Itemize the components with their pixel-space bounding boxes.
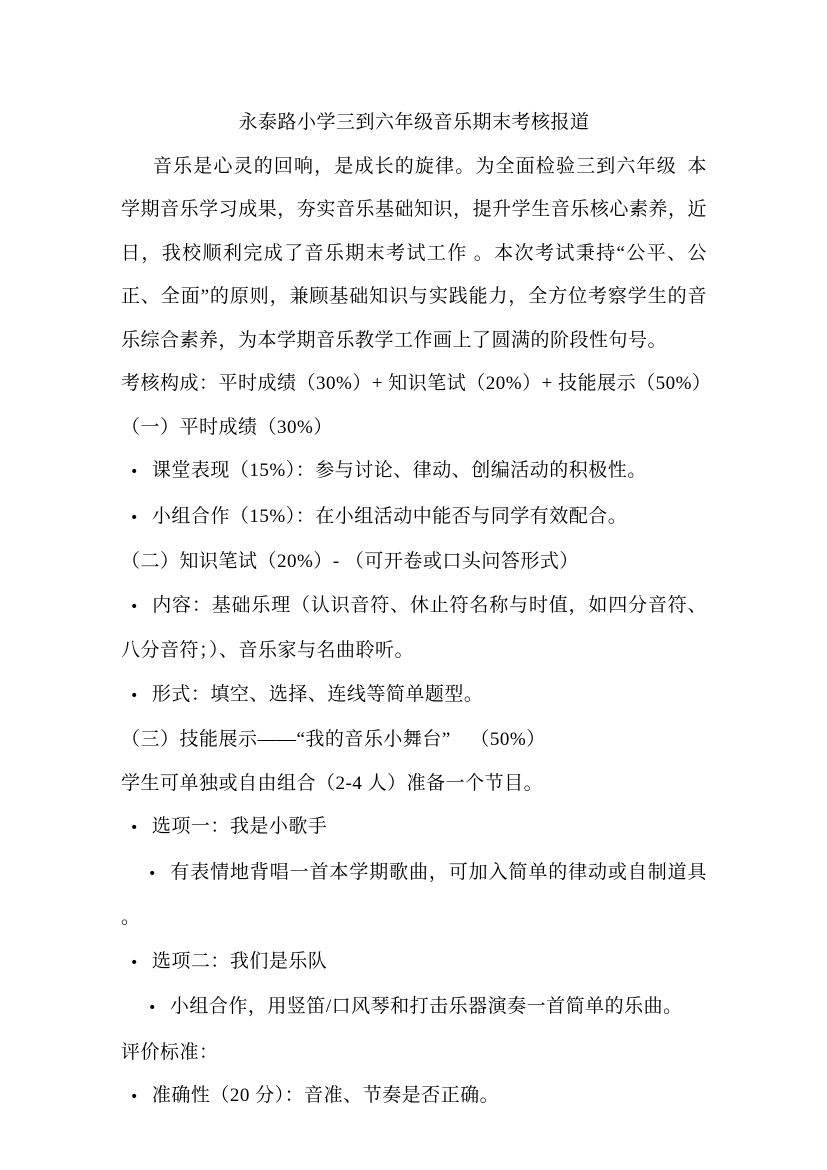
document-page: 永泰路小学三到六年级音乐期末考核报道 音乐是心灵的回响，是成长的旋律。为全面检验… bbox=[0, 0, 827, 1170]
bullet-item: •形式：填空、选择、连线等简单题型。 bbox=[121, 673, 707, 719]
paragraph-text: 内容：基础乐理（认识音符、休止符名称与时值，如四分音符、八分音符；）、音乐家与名… bbox=[121, 595, 707, 662]
bullet-item: •小组合作，用竖笛/口风琴和打击乐器演奏一首简单的乐曲。 bbox=[121, 985, 707, 1031]
paragraph-text: （一）平时成绩（30%） bbox=[121, 417, 333, 438]
document-paragraphs: 音乐是心灵的回响，是成长的旋律。为全面检验三到六年级 本学期音乐学习成果，夯实音… bbox=[121, 145, 707, 1120]
paragraph-text: 形式：填空、选择、连线等简单题型。 bbox=[152, 684, 484, 705]
paragraph-text: 小组合作（15%）：在小组活动中能否与同学有效配合。 bbox=[152, 506, 627, 527]
paragraph: （一）平时成绩（30%） bbox=[121, 406, 707, 450]
paragraph: 考核构成：平时成绩（30%）+ 知识笔试（20%）+ 技能展示（50%） bbox=[121, 362, 707, 406]
bullet-item: •内容：基础乐理（认识音符、休止符名称与时值，如四分音符、八分音符；）、音乐家与… bbox=[121, 584, 707, 673]
bullet-icon: • bbox=[130, 820, 152, 836]
bullet-item: •小组合作（15%）：在小组活动中能否与同学有效配合。 bbox=[121, 495, 707, 541]
bullet-icon: • bbox=[130, 599, 152, 615]
document-content: 永泰路小学三到六年级音乐期末考核报道 音乐是心灵的回响，是成长的旋律。为全面检验… bbox=[121, 101, 707, 1120]
paragraph-text: （三）技能展示——“我的音乐小舞台” （50%） bbox=[121, 729, 546, 750]
paragraph: 评价标准： bbox=[121, 1031, 707, 1075]
bullet-item: •准确性（20 分）：音准、节奏是否正确。 bbox=[121, 1074, 707, 1120]
paragraph: 学生可单独或自由组合（2-4 人）准备一个节目。 bbox=[121, 762, 707, 806]
paragraph: （二）知识笔试（20%）- （可开卷或口头问答形式） bbox=[121, 540, 707, 584]
bullet-item: •选项一：我是小歌手 bbox=[121, 805, 707, 851]
bullet-item: •有表情地背唱一首本学期歌曲，可加入简单的律动或自制道具 。 bbox=[121, 851, 707, 940]
paragraph-text: 考核构成：平时成绩（30%）+ 知识笔试（20%）+ 技能展示（50%） bbox=[121, 373, 711, 394]
paragraph-text: 课堂表现（15%）：参与讨论、律动、创编活动的积极性。 bbox=[152, 460, 647, 481]
bullet-icon: • bbox=[148, 1000, 170, 1016]
paragraph-text: （二）知识笔试（20%）- （可开卷或口头问答形式） bbox=[121, 551, 579, 572]
bullet-icon: • bbox=[130, 464, 152, 480]
paragraph-text: 选项二：我们是乐队 bbox=[152, 951, 328, 972]
paragraph-text: 准确性（20 分）：音准、节奏是否正确。 bbox=[152, 1085, 499, 1106]
paragraph: （三）技能展示——“我的音乐小舞台” （50%） bbox=[121, 718, 707, 762]
document-title: 永泰路小学三到六年级音乐期末考核报道 bbox=[121, 101, 707, 145]
bullet-item: •课堂表现（15%）：参与讨论、律动、创编活动的积极性。 bbox=[121, 449, 707, 495]
bullet-icon: • bbox=[130, 510, 152, 526]
paragraph-text: 小组合作，用竖笛/口风琴和打击乐器演奏一首简单的乐曲。 bbox=[170, 996, 683, 1017]
paragraph-text: 学生可单独或自由组合（2-4 人）准备一个节目。 bbox=[121, 773, 543, 794]
paragraph-text: 有表情地背唱一首本学期歌曲，可加入简单的律动或自制道具 。 bbox=[121, 862, 707, 929]
paragraph: 音乐是心灵的回响，是成长的旋律。为全面检验三到六年级 本学期音乐学习成果，夯实音… bbox=[121, 145, 707, 363]
bullet-icon: • bbox=[148, 866, 170, 882]
bullet-icon: • bbox=[130, 688, 152, 704]
bullet-icon: • bbox=[130, 955, 152, 971]
paragraph-text: 音乐是心灵的回响，是成长的旋律。为全面检验三到六年级 本学期音乐学习成果，夯实音… bbox=[121, 156, 707, 351]
bullet-item: •选项二：我们是乐队 bbox=[121, 940, 707, 986]
paragraph-text: 选项一：我是小歌手 bbox=[152, 816, 328, 837]
paragraph-text: 评价标准： bbox=[121, 1042, 219, 1063]
bullet-icon: • bbox=[130, 1089, 152, 1105]
